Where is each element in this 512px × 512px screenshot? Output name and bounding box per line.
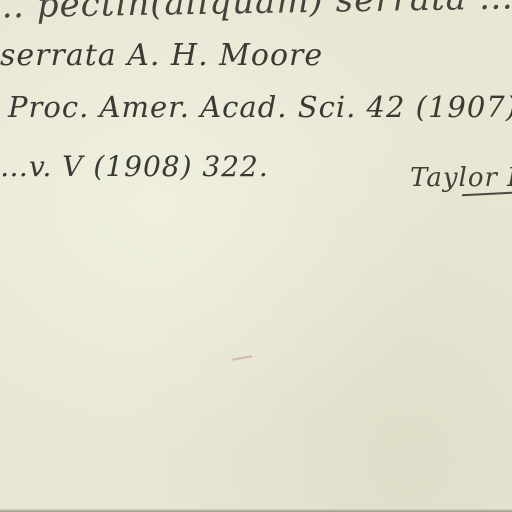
annotation-signature: Taylor III bbox=[410, 163, 512, 193]
handwritten-line-4: …v. V (1908) 322. bbox=[0, 150, 269, 183]
paper-background bbox=[0, 0, 512, 512]
handwritten-line-2: serrata A. H. Moore bbox=[0, 38, 323, 73]
handwritten-line-3: Proc. Amer. Acad. Sci. 42 (1907) 533. bbox=[8, 90, 512, 124]
